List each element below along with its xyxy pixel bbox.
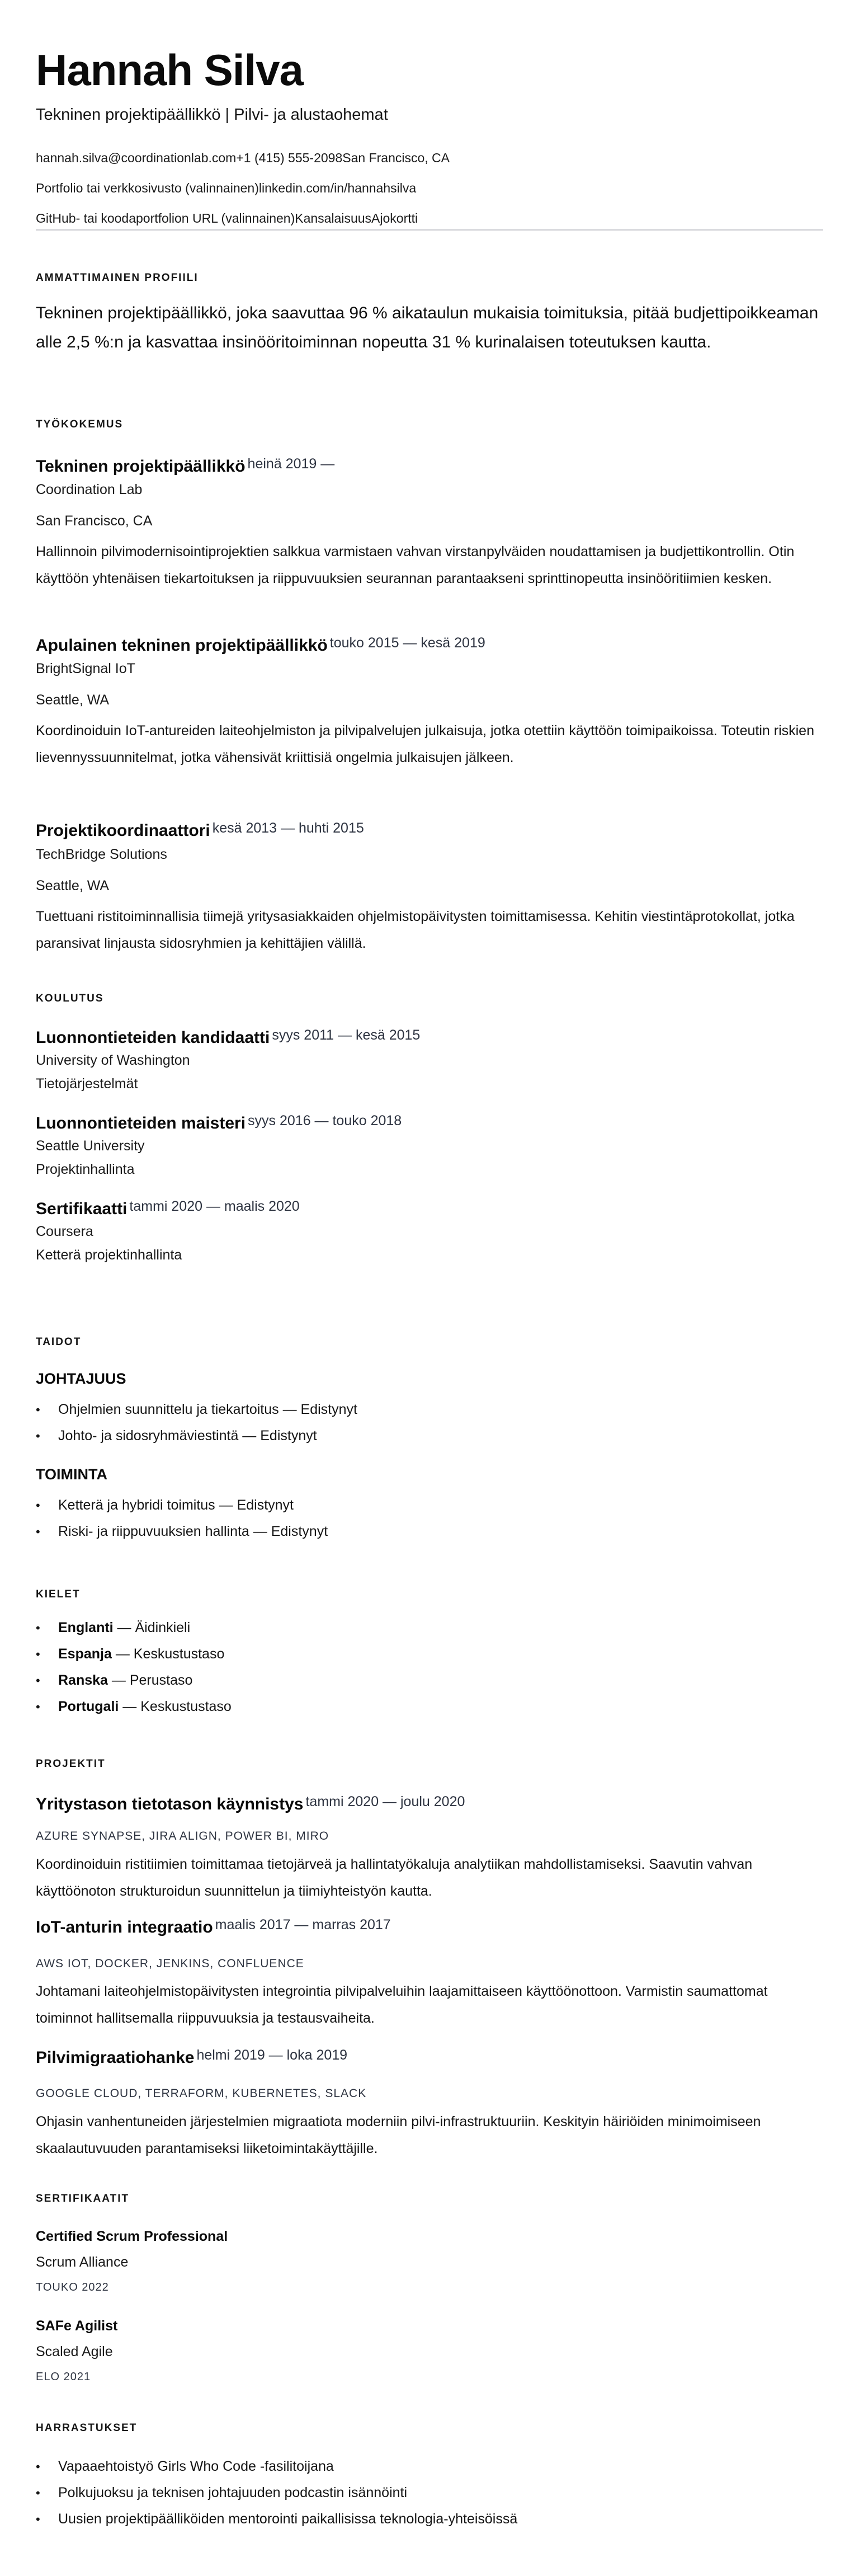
certification-date: TOUKO 2022 (36, 2279, 109, 2295)
project-name: IoT-anturin integraatio (36, 1918, 213, 1936)
degree-row: Sertifikaattitammi 2020 — maalis 2020 (36, 1198, 300, 1223)
project-name: Yritystason tietotason käynnistys (36, 1795, 303, 1813)
contact-line-1: hannah.silva@coordinationlab.com+1 (415)… (36, 149, 450, 167)
section-title-skills: TAIDOT (36, 1335, 81, 1350)
project-tech-stack: AWS IOT, DOCKER, JENKINS, CONFLUENCE (36, 1955, 304, 1972)
section-title-certifications: SERTIFIKAATIT (36, 2192, 129, 2206)
skill-item: Ketterä ja hybridi toimitus — Edistynyt (36, 1495, 294, 1516)
github-link[interactable]: GitHub- tai koodaportfolion URL (valinna… (36, 211, 295, 225)
job-title-row: Tekninen projektipäällikköheinä 2019 — (36, 455, 334, 481)
section-title-profile: AMMATTIMAINEN PROFIILI (36, 271, 199, 285)
language-item: Ranska — Perustaso (36, 1670, 192, 1691)
phone-link[interactable]: +1 (415) 555-2098 (236, 151, 342, 165)
field-of-study: Ketterä projektinhallinta (36, 1245, 182, 1265)
section-title-education: KOULUTUS (36, 991, 104, 1006)
job-location: Seattle, WA (36, 690, 109, 709)
drivers-license-text: Ajokortti (371, 211, 418, 225)
project-title-row: IoT-anturin integraatiomaalis 2017 — mar… (36, 1916, 391, 1942)
language-name: Portugali (58, 1699, 119, 1714)
project-description: Ohjasin vanhentuneiden järjestelmien mig… (36, 2108, 823, 2162)
field-of-study: Tietojärjestelmät (36, 1074, 138, 1093)
certification-name: Certified Scrum Professional (36, 2227, 228, 2246)
portfolio-link[interactable]: Portfolio tai verkkosivusto (valinnainen… (36, 181, 259, 195)
job-dates: kesä 2013 — huhti 2015 (213, 820, 364, 836)
degree-row: Luonnontieteiden maisterisyys 2016 — tou… (36, 1112, 402, 1137)
project-dates: tammi 2020 — joulu 2020 (305, 1794, 465, 1809)
degree-title: Sertifikaatti (36, 1200, 127, 1218)
skill-group-title: JOHTAJUUS (36, 1369, 126, 1389)
profile-summary: Tekninen projektipäällikkö, joka saavutt… (36, 299, 823, 357)
field-of-study: Projektinhallinta (36, 1160, 135, 1179)
job-description: Hallinnoin pilvimodernisointiprojektien … (36, 538, 823, 592)
degree-dates: syys 2011 — kesä 2015 (272, 1027, 420, 1043)
school-name: Coursera (36, 1222, 93, 1241)
job-description: Tuettuani ristitoiminnallisia tiimejä yr… (36, 903, 823, 957)
language-name: Ranska (58, 1672, 108, 1688)
language-level: — Keskustustaso (112, 1646, 224, 1662)
school-name: Seattle University (36, 1136, 145, 1155)
section-title-languages: KIELET (36, 1587, 81, 1602)
job-company: TechBridge Solutions (36, 845, 167, 864)
project-tech-stack: AZURE SYNAPSE, JIRA ALIGN, POWER BI, MIR… (36, 1828, 329, 1845)
interest-item: Uusien projektipäälliköiden mentorointi … (36, 2509, 517, 2530)
language-level: — Äidinkieli (114, 1620, 191, 1635)
project-name: Pilvimigraatiohanke (36, 2048, 194, 2067)
project-title-row: Yritystason tietotason käynnistystammi 2… (36, 1793, 465, 1818)
degree-title: Luonnontieteiden kandidaatti (36, 1028, 270, 1047)
location-text: San Francisco, CA (342, 151, 450, 165)
degree-dates: tammi 2020 — maalis 2020 (129, 1198, 299, 1214)
linkedin-link[interactable]: linkedin.com/in/hannahsilva (259, 181, 416, 195)
job-dates: heinä 2019 — (248, 456, 335, 472)
header-divider (36, 229, 823, 231)
language-item: Espanja — Keskustustaso (36, 1644, 224, 1665)
degree-row: Luonnontieteiden kandidaattisyys 2011 — … (36, 1027, 420, 1052)
degree-dates: syys 2016 — touko 2018 (248, 1113, 402, 1129)
contact-line-2: Portfolio tai verkkosivusto (valinnainen… (36, 179, 416, 197)
project-tech-stack: GOOGLE CLOUD, TERRAFORM, KUBERNETES, SLA… (36, 2085, 366, 2102)
language-item: Englanti — Äidinkieli (36, 1618, 190, 1638)
project-dates: maalis 2017 — marras 2017 (215, 1917, 391, 1933)
certification-name: SAFe Agilist (36, 2316, 117, 2335)
project-description: Koordinoiduin ristitiimien toimittamaa t… (36, 1851, 823, 1905)
section-title-projects: PROJEKTIT (36, 1757, 106, 1771)
job-title-row: Projektikoordinaattorikesä 2013 — huhti … (36, 820, 364, 845)
skill-item: Ohjelmien suunnittelu ja tiekartoitus — … (36, 1399, 357, 1420)
language-level: — Perustaso (108, 1672, 192, 1688)
job-company: Coordination Lab (36, 480, 142, 499)
language-name: Englanti (58, 1620, 114, 1635)
job-title: Apulainen tekninen projektipäällikkö (36, 636, 328, 655)
interest-item: Vapaaehtoistyö Girls Who Code -fasilitoi… (36, 2456, 334, 2477)
contact-line-3: GitHub- tai koodaportfolion URL (valinna… (36, 209, 418, 227)
job-title: Tekninen projektipäällikkö (36, 457, 246, 476)
section-title-interests: HARRASTUKSET (36, 2421, 137, 2436)
project-title-row: Pilvimigraatiohankehelmi 2019 — loka 201… (36, 2047, 347, 2072)
section-title-experience: TYÖKOKEMUS (36, 417, 123, 432)
language-item: Portugali — Keskustustaso (36, 1696, 232, 1717)
skill-item: Johto- ja sidosryhmäviestintä — Edistyny… (36, 1426, 317, 1446)
job-description: Koordinoiduin IoT-antureiden laiteohjelm… (36, 717, 823, 771)
certification-issuer: Scrum Alliance (36, 2253, 128, 2272)
job-location: Seattle, WA (36, 876, 109, 895)
certification-date: ELO 2021 (36, 2369, 91, 2385)
school-name: University of Washington (36, 1051, 190, 1070)
candidate-name: Hannah Silva (36, 45, 303, 95)
language-level: — Keskustustaso (119, 1699, 231, 1714)
project-description: Johtamani laiteohjelmistopäivitysten int… (36, 1978, 823, 2032)
job-title-row: Apulainen tekninen projektipäällikkötouk… (36, 634, 485, 660)
job-dates: touko 2015 — kesä 2019 (330, 635, 485, 651)
citizenship-text: Kansalaisuus (295, 211, 371, 225)
job-title: Projektikoordinaattori (36, 821, 210, 840)
language-name: Espanja (58, 1646, 112, 1662)
job-location: San Francisco, CA (36, 511, 152, 530)
certification-issuer: Scaled Agile (36, 2342, 113, 2361)
skill-item: Riski- ja riippuvuuksien hallinta — Edis… (36, 1521, 328, 1542)
email-link[interactable]: hannah.silva@coordinationlab.com (36, 151, 236, 165)
interest-item: Polkujuoksu ja teknisen johtajuuden podc… (36, 2483, 407, 2503)
degree-title: Luonnontieteiden maisteri (36, 1114, 246, 1132)
skill-group-title: TOIMINTA (36, 1464, 107, 1484)
candidate-headline: Tekninen projektipäällikkö | Pilvi- ja a… (36, 104, 388, 126)
job-company: BrightSignal IoT (36, 659, 135, 678)
project-dates: helmi 2019 — loka 2019 (196, 2047, 347, 2063)
